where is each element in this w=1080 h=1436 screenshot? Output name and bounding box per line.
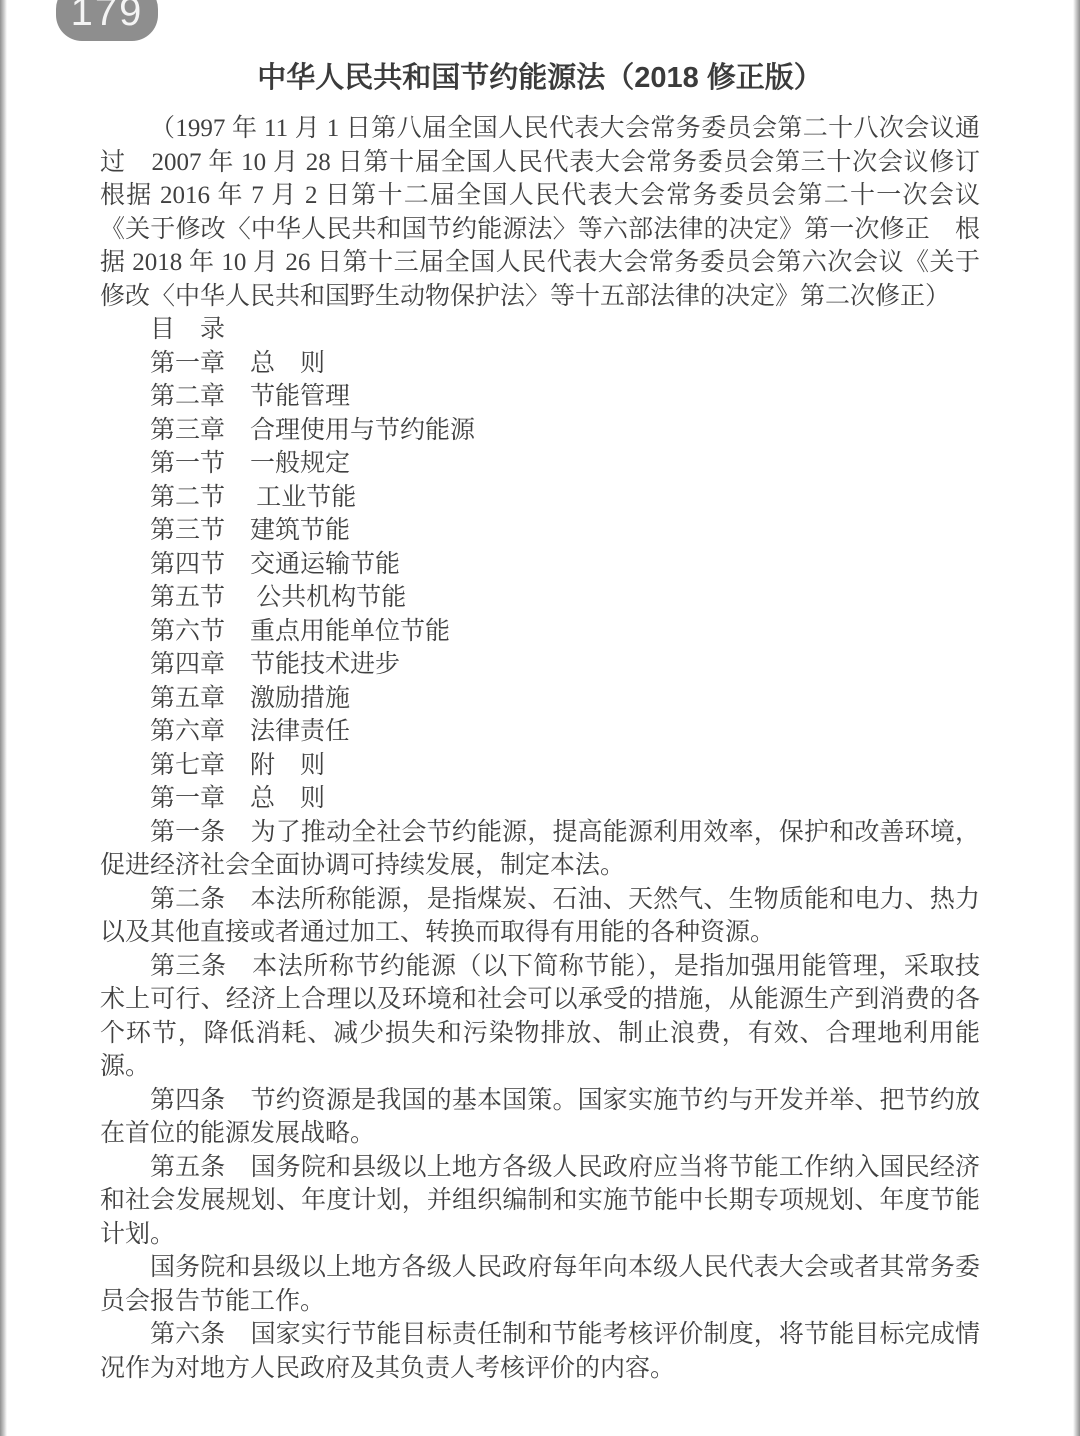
- viewer-background: { "colors": { "badge_background": "#8e8e…: [0, 0, 1080, 1436]
- toc-item-chapter-6: 第六章 法律责任: [100, 715, 980, 749]
- page-left-edge-shadow: [0, 0, 7, 1436]
- page-right-edge-shadow: [1073, 0, 1080, 1436]
- toc-item-section-5: 第五节 公共机构节能: [100, 581, 980, 615]
- toc-item-chapter-3: 第三章 合理使用与节约能源: [100, 414, 980, 448]
- article-4-paragraph: 第四条 节约资源是我国的基本国策。国家实施节约与开发并举、把节约放在首位的能源发…: [100, 1084, 980, 1151]
- toc-item-chapter-4: 第四章 节能技术进步: [100, 648, 980, 682]
- toc-item-chapter-2: 第二章 节能管理: [100, 380, 980, 414]
- toc-item-section-4: 第四节 交通运输节能: [100, 548, 980, 582]
- page-number-badge: 179: [56, 0, 158, 41]
- article-1-paragraph: 第一条 为了推动全社会节约能源，提高能源利用效率，保护和改善环境，促进经济社会全…: [100, 816, 980, 883]
- page-number-label: 179: [71, 0, 144, 35]
- chapter-1-heading: 第一章 总 则: [100, 782, 980, 816]
- toc-item-chapter-7: 第七章 附 则: [100, 749, 980, 783]
- toc-item-section-1: 第一节 一般规定: [100, 447, 980, 481]
- toc-item-section-3: 第三节 建筑节能: [100, 514, 980, 548]
- document-content: 中华人民共和国节约能源法（2018 修正版） （1997 年 11 月 1 日第…: [100, 0, 980, 1385]
- toc-item-section-6: 第六节 重点用能单位节能: [100, 615, 980, 649]
- article-5-paragraph: 第五条 国务院和县级以上地方各级人民政府应当将节能工作纳入国民经济和社会发展规划…: [100, 1151, 980, 1252]
- article-6-paragraph: 第六条 国家实行节能目标责任制和节能考核评价制度，将节能目标完成情况作为对地方人…: [100, 1318, 980, 1385]
- toc-item-section-2: 第二节 工业节能: [100, 481, 980, 515]
- article-5-continuation-paragraph: 国务院和县级以上地方各级人民政府每年向本级人民代表大会或者其常务委员会报告节能工…: [100, 1251, 980, 1318]
- article-3-paragraph: 第三条 本法所称节约能源（以下简称节能），是指加强用能管理，采取技术上可行、经济…: [100, 950, 980, 1084]
- document-title: 中华人民共和国节约能源法（2018 修正版）: [100, 58, 980, 98]
- toc-item-chapter-5: 第五章 激励措施: [100, 682, 980, 716]
- toc-heading: 目 录: [100, 313, 980, 347]
- article-2-paragraph: 第二条 本法所称能源，是指煤炭、石油、天然气、生物质能和电力、热力以及其他直接或…: [100, 883, 980, 950]
- preamble-paragraph: （1997 年 11 月 1 日第八届全国人民代表大会常务委员会第二十八次会议通…: [100, 112, 980, 313]
- toc-item-chapter-1: 第一章 总 则: [100, 347, 980, 381]
- document-page: 179 中华人民共和国节约能源法（2018 修正版） （1997 年 11 月 …: [0, 0, 1080, 1436]
